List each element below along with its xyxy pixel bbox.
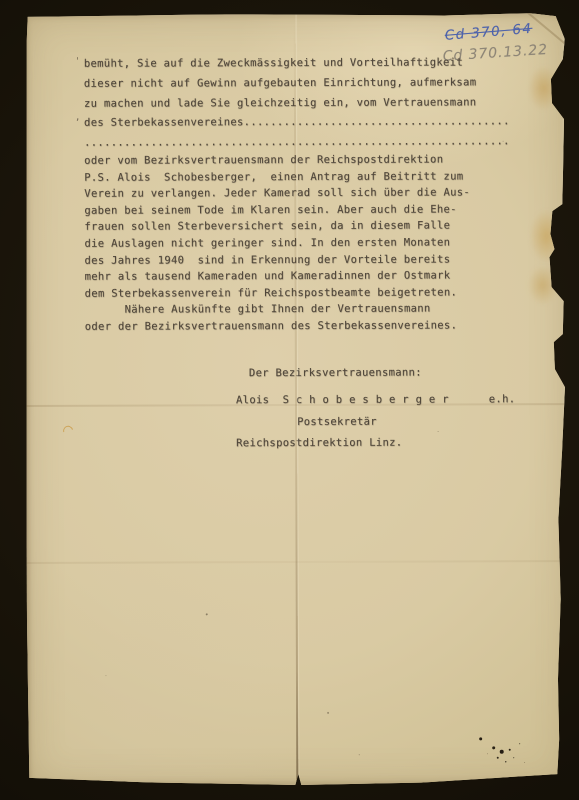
edge-stain [528,265,558,305]
dust-specks [206,613,208,615]
text-line: die Auslagen nicht geringer sind. In den… [84,234,470,252]
stray-ink-mark: ' [75,57,80,67]
text-line: dieser nicht auf Gewinn aufgebauten Einr… [84,73,510,94]
signature-role-line: Der Bezirksvertrauensmann: [249,367,422,380]
text-line: oder vom Bezirksvertrauensmann der Reich… [84,151,470,169]
text-line: Nähere Auskünfte gibt Ihnen der Vertraue… [85,301,471,319]
text-line-dotted: des Sterbekassenvereines................… [84,113,510,134]
ink-speckles [479,737,482,740]
text-line: P.S. Alois Schobesberger, einen Antrag a… [84,168,470,186]
text-line: bemüht, Sie auf die Zweckmässigkeit und … [84,53,510,74]
text-line: zu machen und lade Sie gleichzeitig ein,… [84,93,510,114]
edge-stain [528,65,560,111]
signature-office-line: Reichspostdirektion Linz. [236,437,402,450]
edge-stain [529,209,563,263]
archival-number-crossed-out: Cd 370, 64 [444,21,533,44]
crescent-stain [61,424,75,438]
photo-background: Cd 370, 64 Cd 370.13.22 ' , bemüht, Sie … [0,0,579,800]
signature-title-line: Postsekretär [297,416,377,428]
text-line: des Jahres 1940 sind in Erkennung der Vo… [84,251,470,269]
text-line: frauen sollen Sterbeversichert sein, da … [84,218,470,236]
paragraph-1: bemüht, Sie auf die Zweckmässigkeit und … [84,53,510,153]
stray-ink-mark: , [75,113,80,123]
text-line: dem Sterbekassenverein für Reichspostbea… [85,284,471,302]
text-line: gaben bei seinem Tode im Klaren sein. Ab… [84,201,470,219]
document-paper: Cd 370, 64 Cd 370.13.22 ' , bemüht, Sie … [25,13,569,787]
paragraph-2: oder vom Bezirksvertrauensmann der Reich… [84,151,470,335]
text-line: Verein zu verlangen. Jeder Kamerad soll … [84,185,470,203]
text-line: oder der Bezirksvertrauensmann des Sterb… [85,317,471,335]
text-line: mehr als tausend Kameraden und Kameradin… [85,268,471,286]
